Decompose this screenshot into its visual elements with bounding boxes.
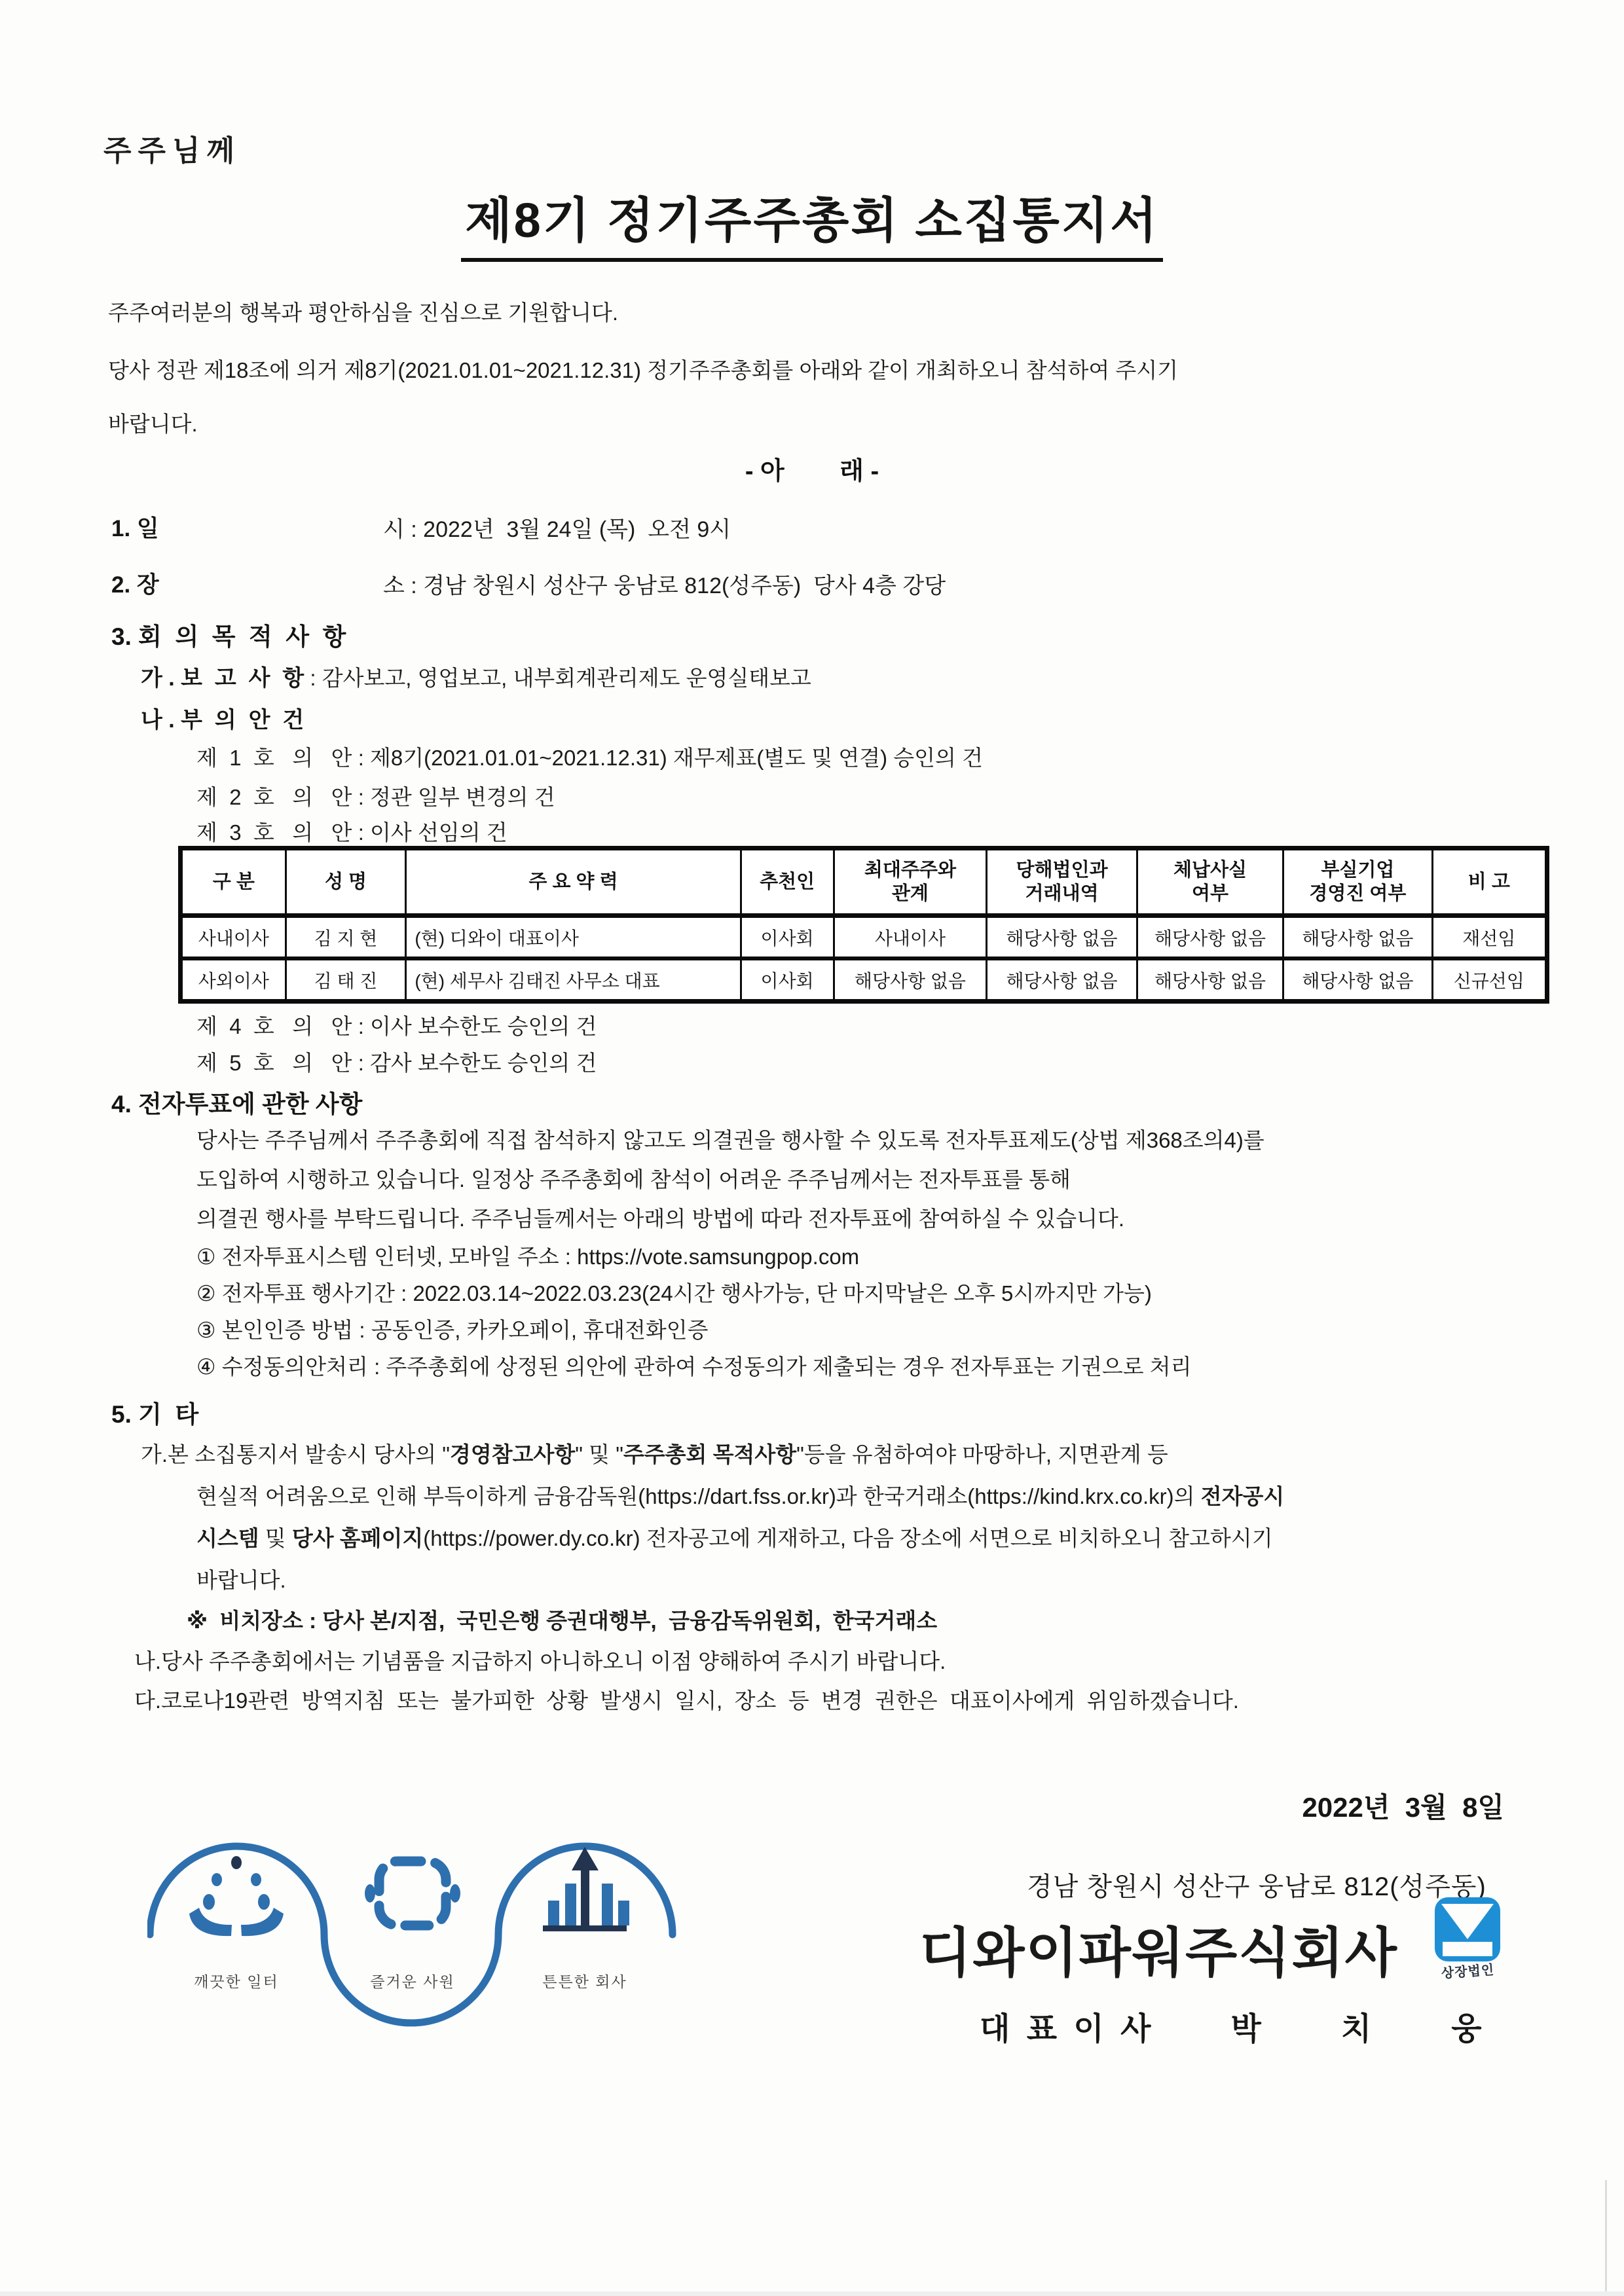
greeting-line: 주주여러분의 행복과 평안하심을 진심으로 기원합니다. [108, 296, 618, 327]
scan-bottom-artifact [0, 2291, 1624, 2296]
item1-label: 1. 일 [111, 511, 159, 543]
table-header-cell: 성 명 [286, 848, 406, 916]
agenda-item-3: 제 3 호 의 안 : 이사 선임의 건 [196, 816, 507, 847]
company-name: 디와이파워주식회사 [919, 1910, 1398, 1987]
listed-company-logo-icon: 상장법인 [1431, 1895, 1505, 1982]
issue-date: 2022년 3월 8일 [1302, 1786, 1504, 1825]
text-segment: 당사 홈페이지 [292, 1526, 423, 1550]
agenda-item-4: 제 4 호 의 안 : 이사 보수한도 승인의 건 [196, 1010, 597, 1040]
table-cell: 사내이사 [181, 916, 286, 959]
table-cell: 해당사항 없음 [1137, 958, 1283, 1002]
table-cell: (현) 세무사 김태진 사무소 대표 [406, 958, 741, 1002]
agenda-item-1: 제 1 호 의 안 : 제8기(2021.01.01~2021.12.31) 재… [196, 741, 983, 772]
scan-edge-artifact [1605, 2180, 1607, 2296]
table-cell: 해당사항 없음 [1137, 916, 1283, 959]
notice-place-line: ※ 비치장소 : 당사 본/지점, 국민은행 증권대행부, 금융감독위원회, 한… [187, 1604, 937, 1635]
table-cell: 이사회 [741, 916, 834, 959]
evote-paragraph-3: 의결권 행사를 부탁드립니다. 주주님들께서는 아래의 방법에 따라 전자투표에… [196, 1202, 1124, 1233]
etc-ga-line-1: 가.본 소집통지서 발송시 당사의 "경영참고사항" 및 "주주총회 목적사항"… [141, 1438, 1168, 1468]
table-cell: 해당사항 없음 [1283, 916, 1432, 959]
intro-line-1: 당사 정관 제18조에 의거 제8기(2021.01.01~2021.12.31… [108, 354, 1178, 384]
section3-report-value: : 감사보고, 영업보고, 내부회계관리제도 운영실태보고 [304, 666, 811, 690]
etc-da-line: 다.코로나19관련 방역지침 또는 불가피한 상황 발생시 일시, 장소 등 변… [134, 1684, 1239, 1715]
item2-label: 2. 장 [111, 567, 159, 600]
section5-title: 5. 기 타 [111, 1394, 198, 1430]
evote-method-2: ② 전자투표 행사기간 : 2022.03.14~2022.03.23(24시간… [196, 1277, 1152, 1307]
table-cell: 해당사항 없음 [987, 916, 1137, 959]
text-segment: 현실적 어려움으로 인해 부득이하게 금융감독원(https://dart.fs… [196, 1484, 1201, 1508]
table-header-cell: 주 요 약 력 [406, 848, 741, 916]
table-cell: 사외이사 [181, 958, 286, 1002]
below-divider: - 아 래 - [0, 450, 1624, 486]
agenda-item-5: 제 5 호 의 안 : 감사 보수한도 승인의 건 [196, 1046, 597, 1077]
text-segment: 시스템 [196, 1526, 259, 1550]
evote-paragraph-2: 도입하여 시행하고 있습니다. 일정상 주주총회에 참석이 어려운 주주님께서는… [196, 1163, 1071, 1194]
table-header-cell: 당해법인과 거래내역 [987, 848, 1137, 916]
table-cell: 김 지 현 [286, 916, 406, 959]
director-candidate-table: 구 분성 명주 요 약 력추천인최대주주와 관계당해법인과 거래내역체납사실 여… [178, 846, 1549, 1004]
table-header-cell: 최대주주와 관계 [834, 848, 987, 916]
evote-method-4: ④ 수정동의안처리 : 주주총회에 상정된 의안에 관하여 수정동의가 제출되는… [196, 1350, 1192, 1381]
text-segment: 주주총회 목적사항 [623, 1442, 796, 1467]
etc-na-line: 나.당사 주주총회에서는 기념품을 지급하지 아니하오니 이점 양해하여 주시기… [134, 1645, 946, 1675]
salutation: 주주님께 [103, 127, 241, 169]
section3-title: 3. 회 의 목 적 사 항 [111, 617, 346, 652]
evote-method-1: ① 전자투표시스템 인터넷, 모바일 주소 : https://vote.sam… [196, 1240, 859, 1271]
text-segment: "등을 유첨하여야 마땅하나, 지면관계 등 [796, 1442, 1168, 1467]
table-cell: 사내이사 [834, 916, 987, 959]
text-segment: 경영참고사항 [450, 1442, 575, 1467]
etc-ga-line-3: 시스템 및 당사 홈페이지(https://power.dy.co.kr) 전자… [196, 1522, 1273, 1552]
company-values-emblem: 깨끗한 일터 즐거운 사원 튼튼한 회사 [147, 1823, 681, 2030]
etc-ga-line-2: 현실적 어려움으로 인해 부득이하게 금융감독원(https://dart.fs… [196, 1480, 1284, 1510]
table-cell: 이사회 [741, 958, 834, 1002]
clean-workplace-icon [189, 1856, 284, 1936]
values-wave-graphic: 깨끗한 일터 즐거운 사원 튼튼한 회사 [147, 1823, 681, 2030]
section3-agenda-label: 나 . 부 의 안 건 [141, 702, 304, 734]
table-header-cell: 비 고 [1432, 848, 1547, 916]
table-header-cell: 체납사실 여부 [1137, 848, 1283, 916]
section3-report-line: 가 . 보 고 사 항 : 감사보고, 영업보고, 내부회계관리제도 운영실태보… [141, 660, 811, 692]
table-cell: (현) 디와이 대표이사 [406, 916, 741, 959]
table-cell: 김 태 진 [286, 958, 406, 1002]
table-cell: 해당사항 없음 [1283, 958, 1432, 1002]
table-header-cell: 추천인 [741, 848, 834, 916]
text-segment: 가.본 소집통지서 발송시 당사의 " [141, 1442, 450, 1467]
company-address: 경남 창원시 성산구 웅남로 812(성주동) [1027, 1866, 1486, 1903]
etc-ga-line-4: 바랍니다. [196, 1563, 286, 1594]
text-segment: 전자공시 [1201, 1484, 1285, 1508]
item2-value: 소 : 경남 창원시 성산구 웅남로 812(성주동) 당사 4층 강당 [383, 568, 946, 600]
evote-paragraph-1: 당사는 주주님께서 주주총회에 직접 참석하지 않고도 의결권을 행사할 수 있… [196, 1123, 1264, 1154]
table-row: 사외이사김 태 진(현) 세무사 김태진 사무소 대표이사회해당사항 없음해당사… [181, 958, 1547, 1002]
table-cell: 해당사항 없음 [987, 958, 1137, 1002]
evote-method-3: ③ 본인인증 방법 : 공동인증, 카카오페이, 휴대전화인증 [196, 1313, 709, 1344]
text-segment: 및 [259, 1526, 292, 1550]
item1-value: 시 : 2022년 3월 24일 (목) 오전 9시 [383, 511, 731, 543]
value-label-2: 즐거운 사원 [370, 1973, 454, 1990]
agenda-item-2: 제 2 호 의 안 : 정관 일부 변경의 건 [196, 780, 555, 811]
text-segment: " 및 " [575, 1442, 623, 1467]
table-cell: 재선임 [1432, 916, 1547, 959]
table-header-row: 구 분성 명주 요 약 력추천인최대주주와 관계당해법인과 거래내역체납사실 여… [181, 848, 1547, 916]
section4-title: 4. 전자투표에 관한 사항 [111, 1084, 362, 1120]
section3-report-label: 가 . 보 고 사 항 [141, 666, 304, 691]
director-candidate-table-wrap: 구 분성 명주 요 약 력추천인최대주주와 관계당해법인과 거래내역체납사실 여… [178, 846, 1549, 1004]
table-row: 사내이사김 지 현(현) 디와이 대표이사이사회사내이사해당사항 없음해당사항 … [181, 916, 1547, 959]
intro-line-2: 바랍니다. [108, 407, 198, 438]
ceo-signature-line: 대 표 이 사 박 치 웅 [980, 2003, 1486, 2049]
scanned-notice-page: 주주님께 제8기 정기주주총회 소집통지서 주주여러분의 행복과 평안하심을 진… [0, 0, 1624, 2296]
table-header-cell: 구 분 [181, 848, 286, 916]
text-segment: (https://power.dy.co.kr) 전자공고에 게재하고, 다음 … [423, 1526, 1272, 1550]
listed-mark-caption: 상장법인 [1441, 1961, 1495, 1981]
value-label-1: 깨끗한 일터 [194, 1973, 278, 1990]
value-label-3: 튼튼한 회사 [542, 1973, 627, 1990]
happy-employees-icon [365, 1861, 460, 1925]
table-header-cell: 부실기업 경영진 여부 [1283, 848, 1432, 916]
table-cell: 신규선임 [1432, 958, 1547, 1002]
table-cell: 해당사항 없음 [834, 958, 987, 1002]
page-title: 제8기 정기주주총회 소집통지서 [461, 182, 1163, 262]
listed-company-mark: 상장법인 [1431, 1895, 1505, 1982]
title-wrap: 제8기 정기주주총회 소집통지서 [0, 182, 1624, 262]
strong-company-icon [543, 1847, 629, 1931]
